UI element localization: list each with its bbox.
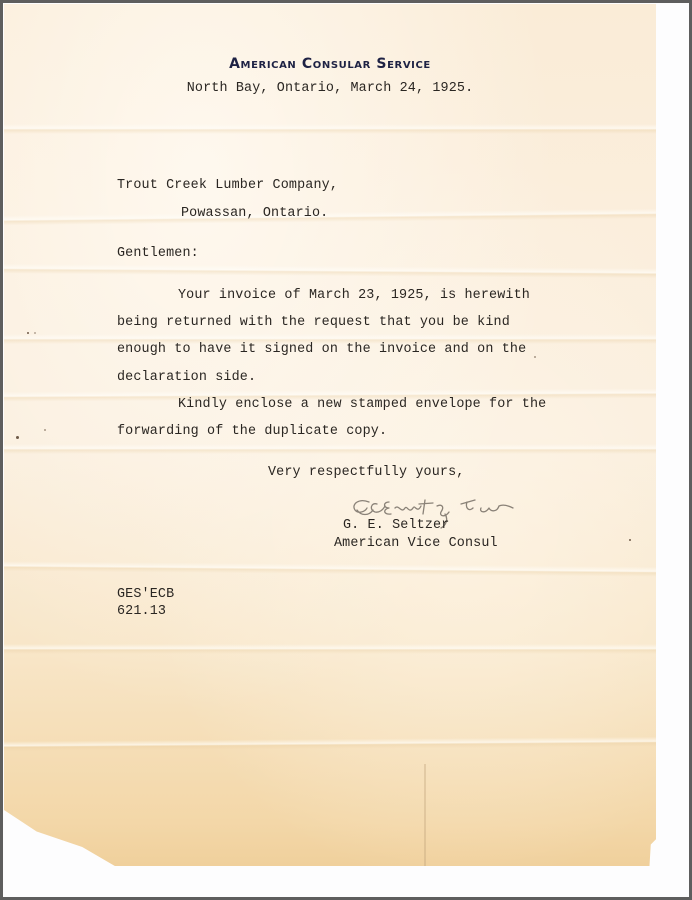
paper-crease xyxy=(4,209,656,226)
paragraph-2-line-1: Kindly enclose a new stamped envelope fo… xyxy=(178,397,546,413)
letterhead-title: American Consular Service xyxy=(4,56,656,72)
scan-frame: American Consular Service North Bay, Ont… xyxy=(3,3,689,897)
paper-speck xyxy=(16,436,19,439)
paper-crease xyxy=(4,561,656,577)
paragraph-1-line-3: enough to have it signed on the invoice … xyxy=(117,342,526,358)
paper-crease xyxy=(4,444,656,454)
paragraph-1-line-1: Your invoice of March 23, 1925, is herew… xyxy=(178,288,530,304)
recipient-location: Powassan, Ontario. xyxy=(181,206,328,222)
dateline: North Bay, Ontario, March 24, 1925. xyxy=(4,81,656,97)
salutation: Gentlemen: xyxy=(117,246,199,262)
reference-initials: GES'ECB xyxy=(117,587,174,603)
paper-fold xyxy=(424,764,426,866)
paragraph-1-line-2: being returned with the request that you… xyxy=(117,315,510,331)
closing: Very respectfully yours, xyxy=(268,465,464,481)
paragraph-1-line-4: declaration side. xyxy=(117,370,256,386)
signatory-name: G. E. Seltzer xyxy=(343,518,449,534)
letter-paper: American Consular Service North Bay, Ont… xyxy=(4,4,656,866)
paper-speck xyxy=(34,332,36,334)
reference-file-number: 621.13 xyxy=(117,604,166,620)
paper-crease xyxy=(4,124,656,134)
paper-speck xyxy=(534,356,536,358)
recipient-name: Trout Creek Lumber Company, xyxy=(117,178,338,194)
paper-speck xyxy=(27,332,29,334)
paragraph-2-line-2: forwarding of the duplicate copy. xyxy=(117,424,387,440)
paper-crease xyxy=(4,644,656,654)
paper-crease xyxy=(4,737,656,752)
signatory-title: American Vice Consul xyxy=(334,536,498,552)
paper-speck xyxy=(629,539,631,541)
paper-crease xyxy=(4,264,656,279)
paper-speck xyxy=(44,429,46,431)
